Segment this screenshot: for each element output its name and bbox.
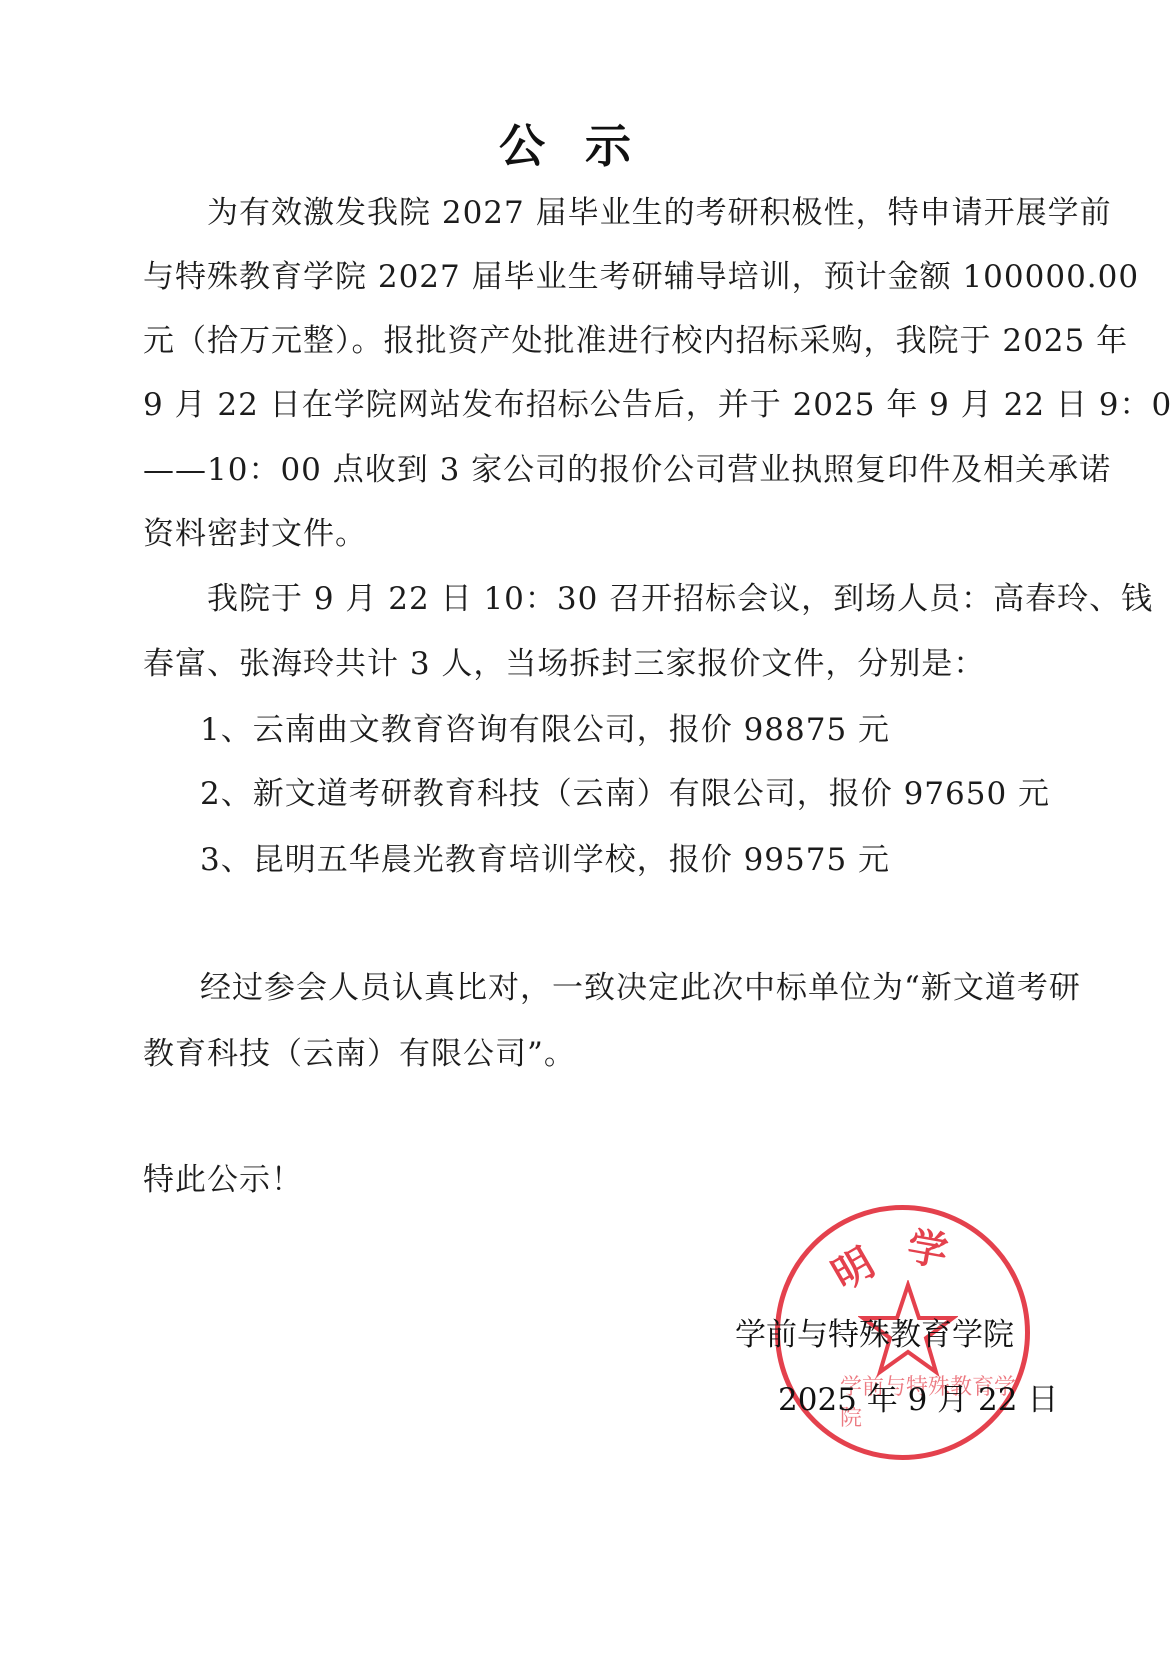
paragraph-2-line-1: 我院于 9 月 22 日 10：30 召开招标会议，到场人员：高春玲、钱 xyxy=(207,579,1153,619)
paragraph-1-line-1: 为有效激发我院 2027 届毕业生的考研积极性，特申请开展学前 xyxy=(207,193,1112,233)
bid-item-1: 1、云南曲文教育咨询有限公司，报价 98875 元 xyxy=(200,710,890,750)
paragraph-1-line-6: 资料密封文件。 xyxy=(143,514,367,554)
signature-date: 2025 年 9 月 22 日 xyxy=(778,1380,1058,1420)
bid-item-2: 2、新文道考研教育科技（云南）有限公司，报价 97650 元 xyxy=(200,774,1050,814)
paragraph-1-line-2: 与特殊教育学院 2027 届毕业生考研辅导培训，预计金额 100000.00 xyxy=(143,257,1139,297)
conclusion-line-1: 经过参会人员认真比对，一致决定此次中标单位为“新文道考研 xyxy=(200,968,1081,1008)
paragraph-1-line-3: 元（拾万元整）。报批资产处批准进行校内招标采购，我院于 2025 年 xyxy=(143,321,1128,361)
seal-char-2: 学 xyxy=(903,1215,952,1278)
paragraph-1-line-4: 9 月 22 日在学院网站发布招标公告后，并于 2025 年 9 月 22 日 … xyxy=(143,385,1170,425)
document-title: 公示 xyxy=(0,110,1170,176)
signature-organization: 学前与特殊教育学院 xyxy=(735,1315,1014,1355)
paragraph-1-line-5: ——10：00 点收到 3 家公司的报价公司营业执照复印件及相关承诺 xyxy=(143,450,1111,490)
paragraph-2-line-2: 春富、张海玲共计 3 人，当场拆封三家报价文件，分别是： xyxy=(143,644,985,684)
closing-text: 特此公示！ xyxy=(143,1160,303,1200)
bid-item-3: 3、昆明五华晨光教育培训学校，报价 99575 元 xyxy=(200,840,890,880)
conclusion-line-2: 教育科技（云南）有限公司”。 xyxy=(143,1034,576,1074)
document-page: 公示 为有效激发我院 2027 届毕业生的考研积极性，特申请开展学前 与特殊教育… xyxy=(0,0,1170,1674)
